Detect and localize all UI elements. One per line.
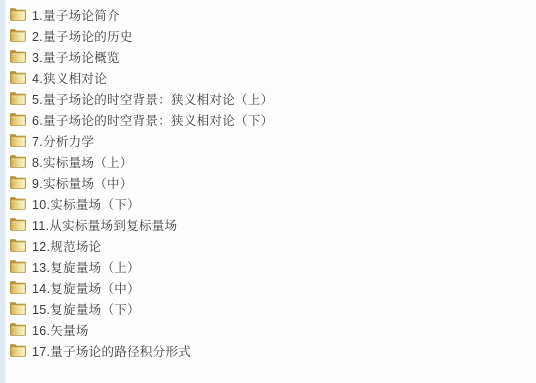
left-panel-edge	[0, 0, 6, 383]
folder-row[interactable]: 3.量子场论概览	[10, 46, 273, 67]
folder-row[interactable]: 1.量子场论简介	[10, 4, 273, 25]
folder-row[interactable]: 15.复旋量场（下）	[10, 298, 273, 319]
folder-name: 7.分析力学	[32, 132, 94, 150]
folder-name: 4.狭义相对论	[32, 69, 107, 87]
folder-row[interactable]: 10.实标量场（下）	[10, 193, 273, 214]
folder-name: 8.实标量场（上）	[32, 153, 133, 171]
folder-row[interactable]: 11.从实标量场到复标量场	[10, 214, 273, 235]
folder-name: 10.实标量场（下）	[32, 195, 140, 213]
folder-icon	[10, 134, 26, 147]
folder-name: 5.量子场论的时空背景：狭义相对论（上）	[32, 90, 273, 108]
folder-row[interactable]: 6.量子场论的时空背景：狭义相对论（下）	[10, 109, 273, 130]
folder-icon	[10, 281, 26, 294]
folder-icon	[10, 50, 26, 63]
folder-list: 1.量子场论简介 2.量子场论的历史 3.量子场论概览	[10, 4, 273, 361]
folder-icon	[10, 155, 26, 168]
folder-icon	[10, 197, 26, 210]
folder-icon	[10, 218, 26, 231]
folder-icon	[10, 113, 26, 126]
folder-row[interactable]: 14.复旋量场（中）	[10, 277, 273, 298]
folder-row[interactable]: 9.实标量场（中）	[10, 172, 273, 193]
folder-name: 1.量子场论简介	[32, 6, 120, 24]
folder-name: 9.实标量场（中）	[32, 174, 133, 192]
folder-row[interactable]: 2.量子场论的历史	[10, 25, 273, 46]
folder-icon	[10, 239, 26, 252]
folder-icon	[10, 344, 26, 357]
folder-icon	[10, 323, 26, 336]
folder-row[interactable]: 17.量子场论的路径积分形式	[10, 340, 273, 361]
folder-row[interactable]: 16.矢量场	[10, 319, 273, 340]
folder-name: 3.量子场论概览	[32, 48, 120, 66]
folder-row[interactable]: 5.量子场论的时空背景：狭义相对论（上）	[10, 88, 273, 109]
folder-row[interactable]: 8.实标量场（上）	[10, 151, 273, 172]
folder-name: 17.量子场论的路径积分形式	[32, 342, 191, 360]
folder-row[interactable]: 7.分析力学	[10, 130, 273, 151]
folder-row[interactable]: 4.狭义相对论	[10, 67, 273, 88]
folder-icon	[10, 302, 26, 315]
folder-name: 15.复旋量场（下）	[32, 300, 140, 318]
folder-row[interactable]: 12.规范场论	[10, 235, 273, 256]
folder-name: 11.从实标量场到复标量场	[32, 216, 177, 234]
folder-name: 16.矢量场	[32, 321, 89, 339]
folder-row[interactable]: 13.复旋量场（上）	[10, 256, 273, 277]
folder-icon	[10, 8, 26, 21]
folder-icon	[10, 29, 26, 42]
folder-name: 12.规范场论	[32, 237, 101, 255]
folder-icon	[10, 71, 26, 84]
folder-name: 2.量子场论的历史	[32, 27, 133, 45]
folder-name: 6.量子场论的时空背景：狭义相对论（下）	[32, 111, 273, 129]
folder-icon	[10, 176, 26, 189]
folder-name: 13.复旋量场（上）	[32, 258, 140, 276]
folder-icon	[10, 92, 26, 105]
folder-name: 14.复旋量场（中）	[32, 279, 140, 297]
explorer-window: 1.量子场论简介 2.量子场论的历史 3.量子场论概览	[0, 0, 536, 383]
folder-icon	[10, 260, 26, 273]
